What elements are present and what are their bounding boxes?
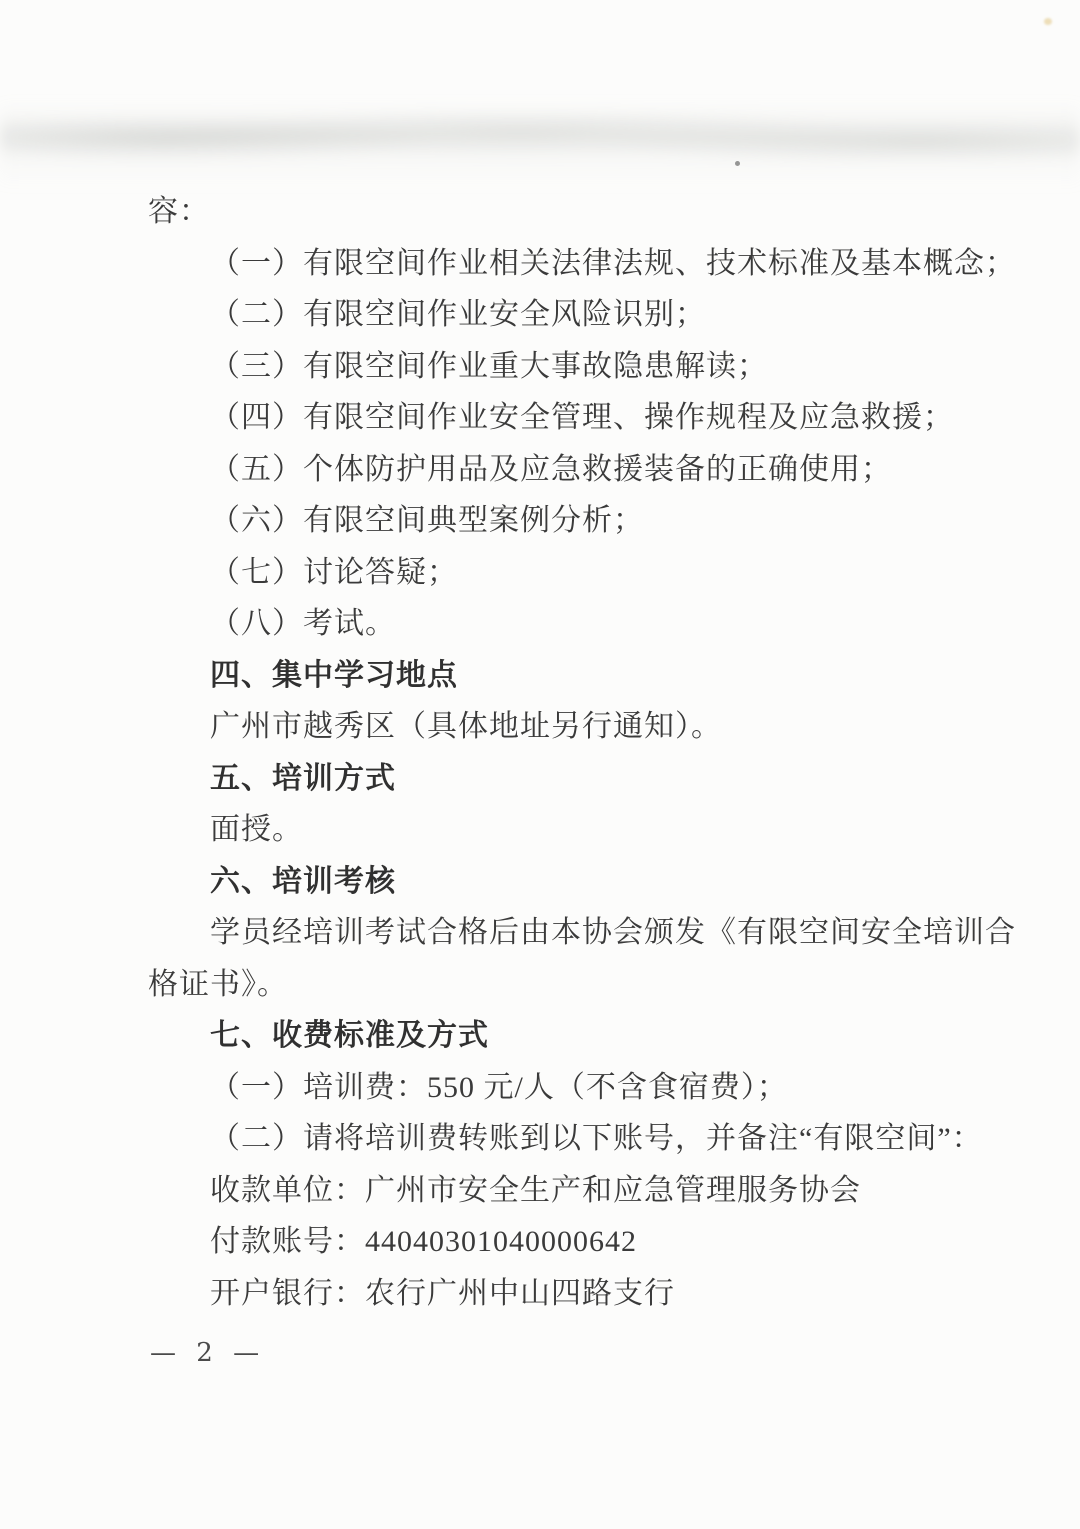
heading-study-location: 四、集中学习地点 [148, 650, 990, 702]
payment-account-line: 付款账号：44040301040000642 [148, 1216, 990, 1268]
scan-bleed-through-band [0, 102, 1080, 188]
training-method-text: 面授。 [148, 804, 990, 856]
scanned-document-page: 容： （一）有限空间作业相关法律法规、技术标准及基本概念； （二）有限空间作业安… [0, 0, 1080, 1529]
scan-speck [735, 161, 740, 166]
fee-item-2: （二）请将培训费转账到以下账号，并备注“有限空间”： [148, 1113, 990, 1165]
training-content-item-8: （八）考试。 [148, 598, 990, 650]
fee-item-1: （一）培训费：550 元/人（不含食宿费）； [148, 1062, 990, 1114]
heading-fees: 七、收费标准及方式 [148, 1010, 990, 1062]
training-content-item-2: （二）有限空间作业安全风险识别； [148, 289, 990, 341]
scan-speck [1044, 18, 1052, 25]
study-location-text: 广州市越秀区（具体地址另行通知）。 [148, 701, 990, 753]
heading-training-assessment: 六、培训考核 [148, 856, 990, 908]
training-content-item-7: （七）讨论答疑； [148, 547, 990, 599]
training-content-item-3: （三）有限空间作业重大事故隐患解读； [148, 341, 990, 393]
page-number: — 2 — [150, 1338, 265, 1368]
document-body: 容： （一）有限空间作业相关法律法规、技术标准及基本概念； （二）有限空间作业安… [148, 186, 990, 1319]
heading-training-method: 五、培训方式 [148, 753, 990, 805]
training-content-item-6: （六）有限空间典型案例分析； [148, 495, 990, 547]
bank-branch-line: 开户银行：农行广州中山四路支行 [148, 1268, 990, 1320]
assessment-text-line-2: 格证书》。 [148, 959, 990, 1011]
training-content-item-4: （四）有限空间作业安全管理、操作规程及应急救援； [148, 392, 990, 444]
page-footer: — 2 — [150, 1338, 265, 1368]
training-content-item-5: （五）个体防护用品及应急救援装备的正确使用； [148, 444, 990, 496]
assessment-text-line-1: 学员经培训考试合格后由本协会颁发《有限空间安全培训合 [148, 907, 990, 959]
paragraph-continuation: 容： [148, 186, 990, 238]
payee-name-line: 收款单位：广州市安全生产和应急管理服务协会 [148, 1165, 990, 1217]
training-content-item-1: （一）有限空间作业相关法律法规、技术标准及基本概念； [148, 238, 990, 290]
